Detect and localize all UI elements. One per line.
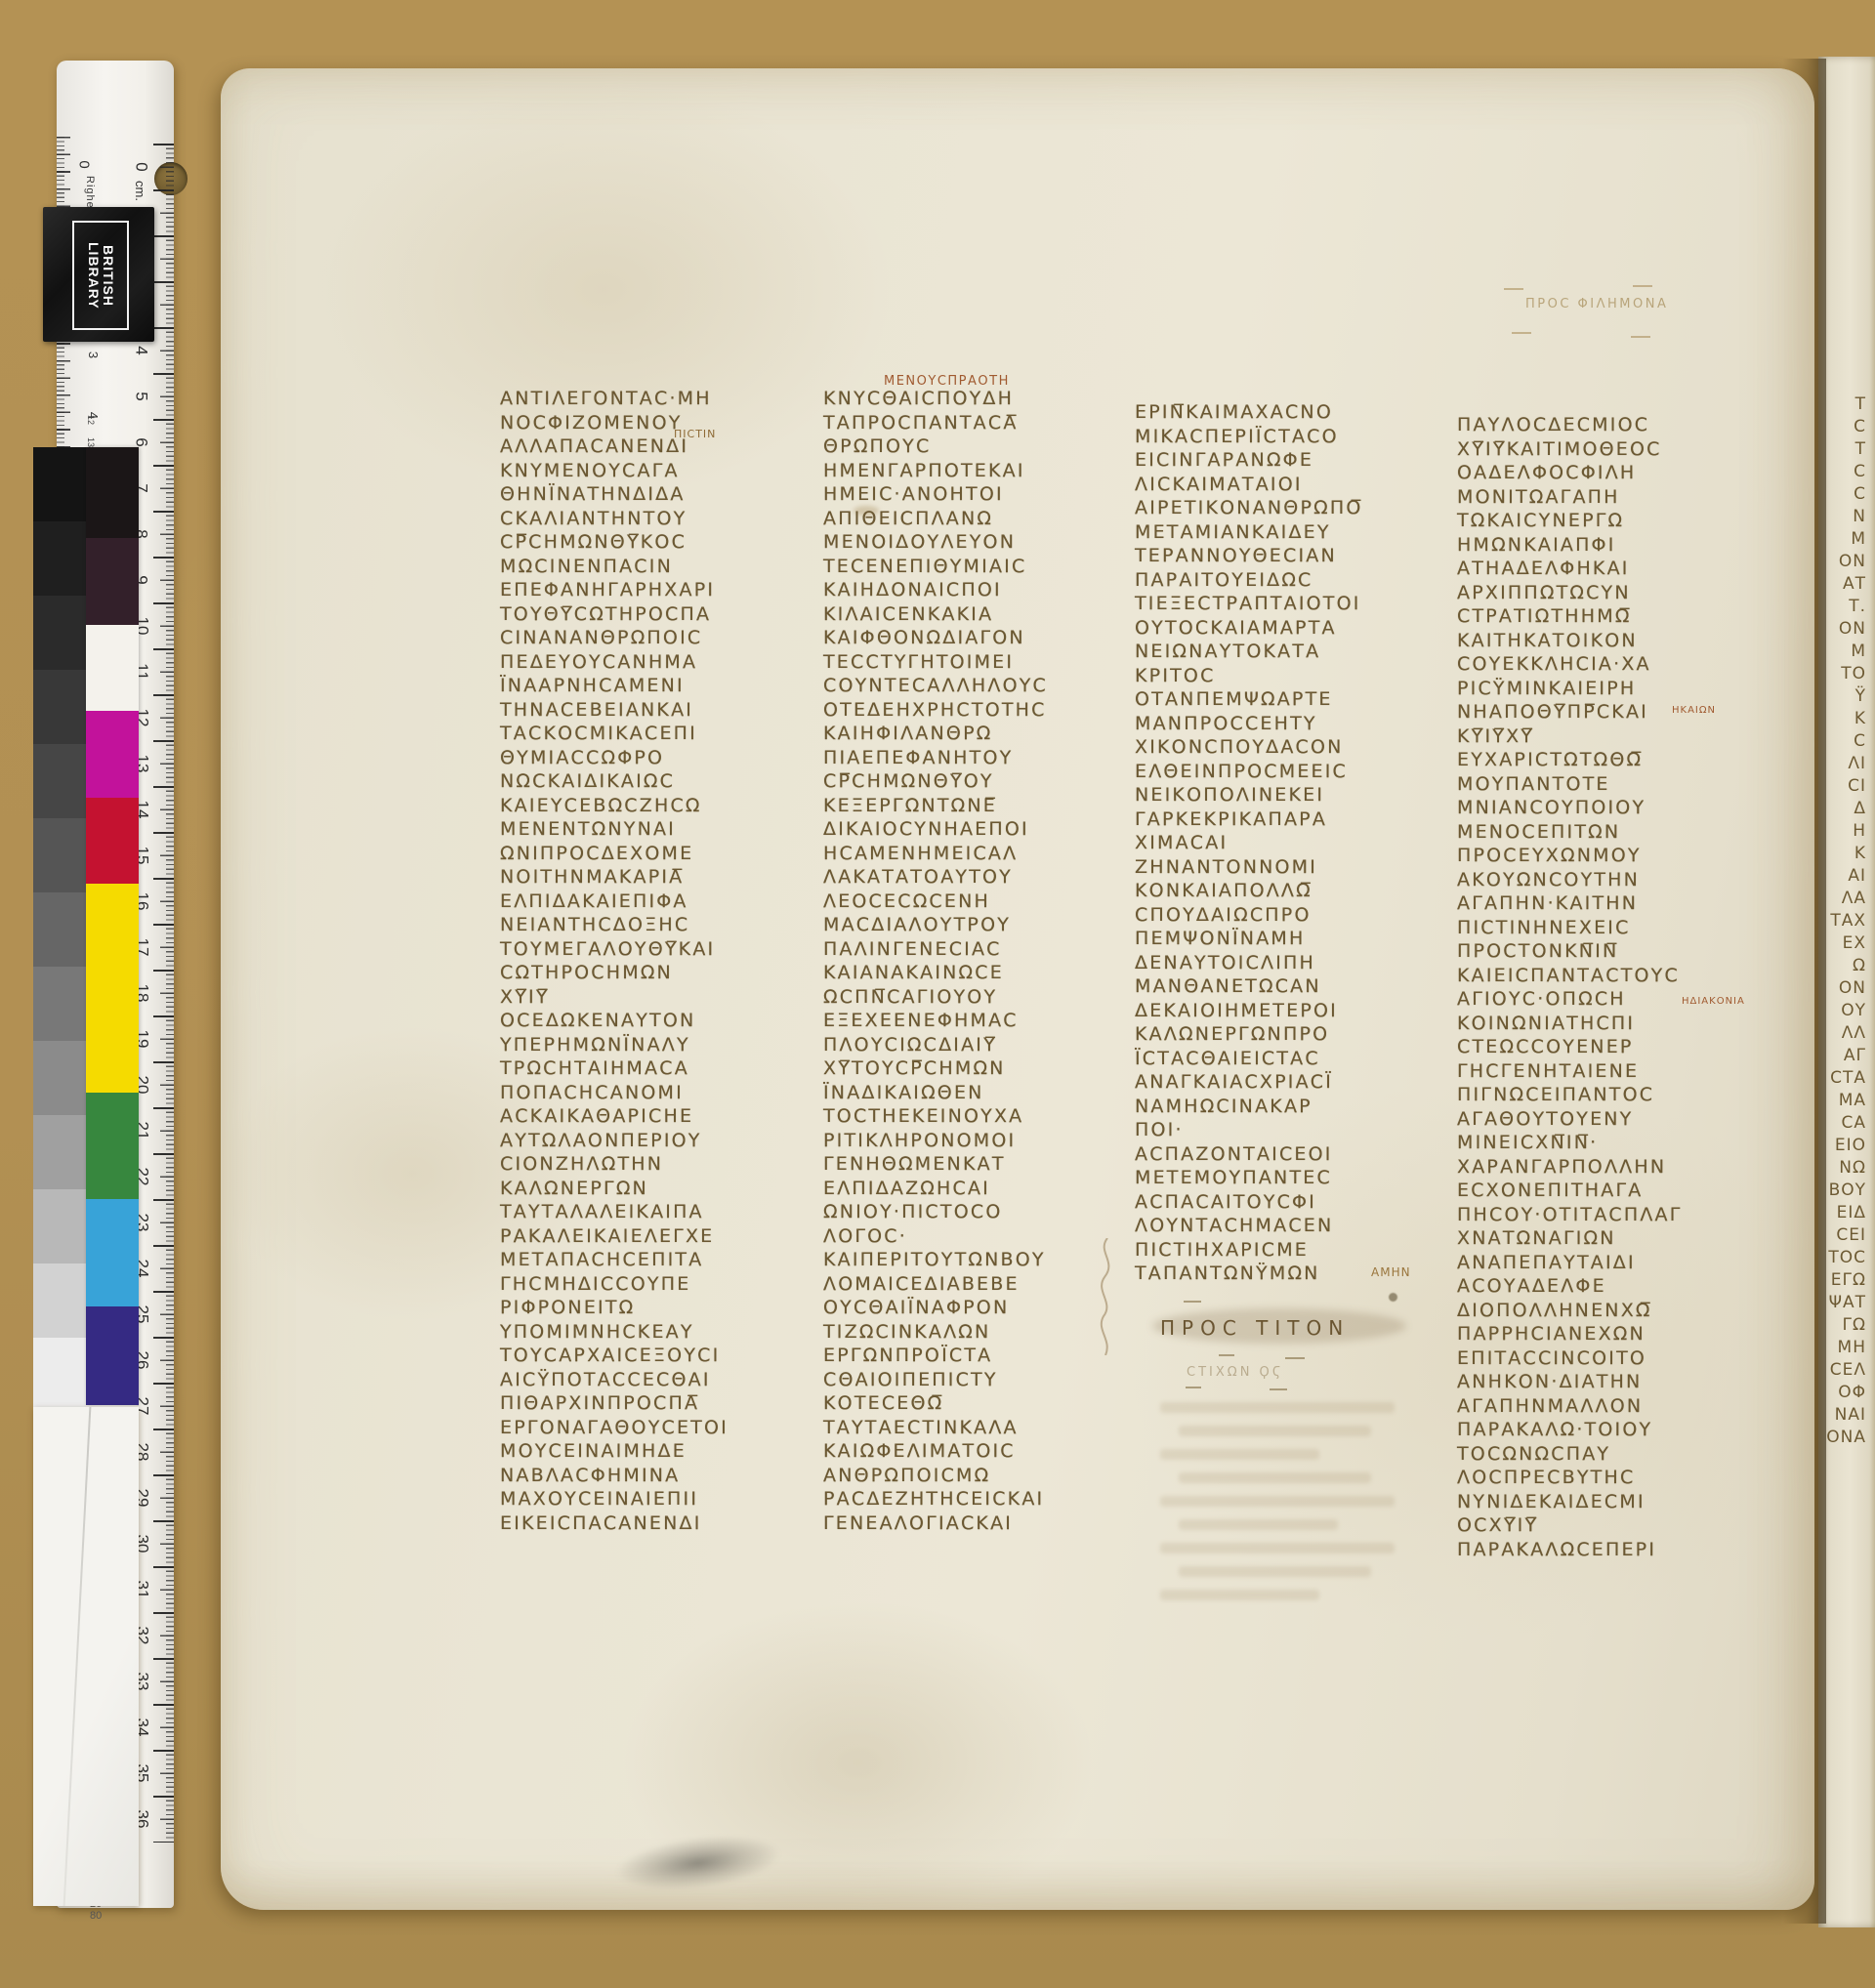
titus-subscription: ΠΡΟϹ ΤΙΤΟΝ — [1160, 1316, 1404, 1340]
manuscript-line: ΠΑΡΑΚΑΛΩ·ΤΟΙΟΥ — [1457, 1419, 1683, 1443]
manuscript-line: ΧΑΡΑΝΓΑΡΠΟΛΛΗΝ — [1457, 1156, 1683, 1180]
facing-page-line: ΤΑΧ — [1812, 911, 1871, 933]
manuscript-line: ΜΑΝΘΑΝΕΤΩϹΑΝ — [1135, 975, 1363, 1000]
manuscript-line: ΕΙϹΙΝΓΑΡΑΝΩΦΕ — [1135, 449, 1363, 474]
facing-page-line: Δ — [1812, 799, 1871, 821]
manuscript-line: ΜΑΝΠΡΟϹϹΕΗΤΥ — [1135, 713, 1363, 737]
facing-page-line: ΟΦ — [1812, 1383, 1871, 1405]
gray-step — [33, 670, 86, 744]
manuscript-line: ΠΕΔΕΥΟΥϹΑΝΗΜΑ — [500, 651, 729, 676]
manuscript-line: ΟΥΤΟϹΚΑΙΑΜΑΡΤΑ — [1135, 617, 1363, 642]
manuscript-line: ΧΥ̅ΤΟΥϹΡ̅ϹΗΜΩΝ — [823, 1057, 1048, 1082]
manuscript-line: ΕϹΧΟΝΕΠΙΤΗΑΓΑ — [1457, 1180, 1683, 1204]
manuscript-line: ΜΟΥϹΕΙΝΑΙΜΗΔΕ — [500, 1440, 729, 1465]
manuscript-line: ΚΥ̅ΙΥ̅ΧΥ̅ — [1457, 725, 1683, 750]
manuscript-line: ΤΕϹϹΤΥΓΗΤΟΙΜΕΙ — [823, 651, 1048, 676]
manuscript-line: ΠΙΑΕΠΕΦΑΝΗΤΟΥ — [823, 747, 1048, 771]
manuscript-line: ΠΡΟϹΕΥΧΩΝΜΟΥ — [1457, 845, 1683, 869]
manuscript-line: ΤΑΥΤΑΕϹΤΙΝΚΑΛΑ — [823, 1417, 1048, 1441]
manuscript-line: ΚΑΙΦΘΟΝΩΔΙΑΓΟΝ — [823, 627, 1048, 651]
color-patch — [86, 798, 139, 884]
manuscript-line: ΤΟϹΩΝΩϹΠΑΥ — [1457, 1443, 1683, 1468]
manuscript-line: ΘΗΝΪΝΑΤΗΝΔΙΔΑ — [500, 483, 729, 508]
manuscript-line: ΑϹΠΑΖΟΝΤΑΙϹΕΟΙ — [1135, 1143, 1363, 1168]
manuscript-line: ΜΕΝΕΝΤΩΝΥΝΑΙ — [500, 818, 729, 843]
manuscript-line: ΚΕΞΕΡΓΩΝΤΩΝΕ̅ — [823, 795, 1048, 819]
text-column-4: ΠΑΥΛΟϹΔΕϹΜΙΟϹΧΥ̅ΙΥ̅ΚΑΙΤΙΜΟΘΕΟϹΟΑΔΕΛΦΟϹΦΙ… — [1457, 414, 1683, 1562]
manuscript-line: ΕΛΠΙΔΑΚΑΙΕΠΙΦΑ — [500, 890, 729, 915]
manuscript-line: ΔΕΚΑΙΟΙΗΜΕΤΕΡΟΙ — [1135, 1000, 1363, 1024]
color-patch — [86, 1093, 139, 1199]
manuscript-line: ΤΑΠΑΝΤΩΝΫΜΩΝ — [1135, 1263, 1363, 1287]
facing-page-line: ϹΕΛ — [1812, 1360, 1871, 1383]
color-patch — [86, 711, 139, 798]
color-patch — [86, 625, 139, 711]
subscription-dash — [1270, 1388, 1287, 1390]
facing-page-line: ΑΤ — [1812, 574, 1871, 597]
facing-page-line: ΛΙ — [1812, 754, 1871, 776]
text-column-2: ΚΝΥϹΘΑΙϹΠΟΥΔΗΤΑΠΡΟϹΠΑΝΤΑϹΑ̅ΘΡΩΠΟΥϹΗΜΕΝΓΑ… — [823, 388, 1048, 1536]
amen-addition: ΑΜΗΝ — [1371, 1265, 1411, 1279]
small-number: 12 — [86, 408, 100, 431]
color-patch — [86, 884, 139, 1093]
manuscript-line: ΗΜΩΝΚΑΙΑΠΦΙ — [1457, 534, 1683, 559]
manuscript-line: ΕΡΓΟΝΑΓΑΘΟΥϹΕΤΟΙ — [500, 1417, 729, 1441]
manuscript-line: ΠΑΥΛΟϹΔΕϹΜΙΟϹ — [1457, 414, 1683, 438]
facing-page-line: Μ — [1812, 529, 1871, 552]
facing-page-line: Ϲ — [1812, 484, 1871, 507]
manuscript-line: ΔΙΟΠΟΛΛΗΝΕΝΧΩ̅ — [1457, 1300, 1683, 1324]
title-dash — [1633, 285, 1652, 287]
running-title: ΠΡΟϹ ΦΙΛΗΜΟΝΑ — [1525, 297, 1668, 311]
manuscript-line: ΘΥΜΙΑϹϹΩΦΡΟ — [500, 747, 729, 771]
facing-page-line: ΟΝ — [1812, 552, 1871, 574]
facing-page-line: Τ — [1812, 394, 1871, 417]
corrector-note-pistin: ΠΙϹΤΙΝ — [674, 428, 716, 440]
manuscript-line: ΤΩΚΑΙϹΥΝΕΡΓΩ — [1457, 510, 1683, 534]
manuscript-line: ΑΝΘΡΩΠΟΙϹΜΩ — [823, 1465, 1048, 1489]
manuscript-line: ΑΚΟΥΩΝϹΟΥΤΗΝ — [1457, 869, 1683, 893]
facing-page-line: ΑΓ — [1812, 1046, 1871, 1068]
manuscript-line: ΜΟΥΠΑΝΤΟΤΕ — [1457, 773, 1683, 798]
manuscript-line: ΤΡΩϹΗΤΑΙΗΜΑϹΑ — [500, 1057, 729, 1082]
manuscript-line: ΤΟΥϹΑΡΧΑΙϹΕΞΟΥϹΙ — [500, 1345, 729, 1369]
manuscript-line: ΑΝΤΙΛΕΓΟΝΤΑϹ·ΜΗ — [500, 388, 729, 412]
title-dash — [1512, 332, 1531, 334]
subscription-dash — [1186, 1387, 1201, 1388]
color-patch — [86, 1199, 139, 1306]
manuscript-line: ΟΑΔΕΛΦΟϹΦΙΛΗ — [1457, 462, 1683, 486]
manuscript-line: ΑΡΧΙΠΠΩΤΩϹΥΝ — [1457, 582, 1683, 606]
parchment-speck — [1389, 1293, 1397, 1302]
manuscript-line: ΝΕΙΚΟΠΟΛΙΝΕΚΕΙ — [1135, 784, 1363, 808]
manuscript-line: ΡΑϹΔΕΖΗΤΗϹΕΙϹΚΑΙ — [823, 1488, 1048, 1512]
facing-page-line: Ν — [1812, 507, 1871, 529]
facing-page-line: ΕΙΔ — [1812, 1203, 1871, 1225]
subscription-dash — [1219, 1354, 1234, 1356]
color-calibration-card — [33, 447, 139, 1906]
manuscript-line: ΧΥ̅ΙΥ̅ΚΑΙΤΙΜΟΘΕΟϹ — [1457, 438, 1683, 463]
manuscript-line: ΝΑΒΛΑϹΦΗΜΙΝΑ — [500, 1465, 729, 1489]
manuscript-line: ΡΙΦΡΟΝΕΙΤΩ — [500, 1297, 729, 1321]
facing-page-line: ΟΝΑ — [1812, 1428, 1871, 1450]
manuscript-line: ϹΩΤΗΡΟϹΗΜΩΝ — [500, 962, 729, 986]
manuscript-line: ΚΑΙΕΙϹΠΑΝΤΑϹΤΟΥϹ — [1457, 965, 1683, 989]
manuscript-line: ΩΝΙΟΥ·ΠΙϹΤΟϹΟ — [823, 1201, 1048, 1225]
manuscript-line: ΝΩϹΚΑΙΔΙΚΑΙΩϹ — [500, 770, 729, 795]
manuscript-line: ΚΑΙΑΝΑΚΑΙΝΩϹΕ — [823, 962, 1048, 986]
manuscript-line: ΤΟϹΤΗΕΚΕΙΝΟΥΧΑ — [823, 1105, 1048, 1130]
manuscript-line: ΑΥΤΩΛΑΟΝΠΕΡΙΟΥ — [500, 1130, 729, 1154]
manuscript-line: ΚΟΙΝΩΝΙΑΤΗϹΠΙ — [1457, 1013, 1683, 1037]
corrector-note-philemon-a: ΗΚΑΙΩΝ — [1672, 705, 1716, 716]
facing-page-partial-text: ΤϹΤϹϹΝΜΟΝΑΤΤ.ΟΝΜΤΟΫΚϹΛΙϹΙΔΗΚΑΙΛΑΤΑΧΕΧΩΟΝ… — [1812, 394, 1871, 1450]
manuscript-line: ΝΕΙΑΝΤΗϹΔΟΞΗϹ — [500, 914, 729, 938]
manuscript-line: ΠΑΛΙΝΓΕΝΕϹΙΑϹ — [823, 938, 1048, 963]
manuscript-line: ΤΑϹΚΟϹΜΙΚΑϹΕΠΙ — [500, 723, 729, 747]
manuscript-line: ΚΟΤΕϹΕΘΩ̅ — [823, 1392, 1048, 1417]
gray-step — [33, 1263, 86, 1338]
grayscale-strip — [33, 447, 86, 1412]
manuscript-line: ΛΑΚΑΤΑΤΟΑΥΤΟΥ — [823, 866, 1048, 890]
manuscript-line: ΤΕϹΕΝΕΠΙΘΥΜΙΑΙϹ — [823, 556, 1048, 580]
manuscript-line: ΑΤΗΑΔΕΛΦΗΚΑΙ — [1457, 558, 1683, 582]
manuscript-line: ΚΝΥΜΕΝΟΥϹΑΓΑ — [500, 460, 729, 484]
facing-page-line: Τ. — [1812, 597, 1871, 619]
manuscript-line: ΓΗϹΜΗΔΙϹϹΟΥΠΕ — [500, 1273, 729, 1298]
white-backing-card — [33, 1407, 139, 1906]
manuscript-line: ΑΙϹΫΠΟΤΑϹϹΕϹΘΑΙ — [500, 1369, 729, 1393]
cm-number: 0 — [131, 144, 152, 189]
color-patch — [86, 447, 139, 538]
manuscript-line: ΚΙΛΑΙϹΕΝΚΑΚΙΑ — [823, 603, 1048, 628]
gray-step — [33, 1115, 86, 1189]
manuscript-line: ΚΑΛΩΝΕΡΓΩΝΠΡΟ — [1135, 1023, 1363, 1048]
subscription-dash — [1184, 1301, 1201, 1303]
manuscript-line: ΪΝΑΔΙΚΑΙΩΘΕΝ — [823, 1082, 1048, 1106]
manuscript-line: ΠΑΡΑΚΑΛΩϹΕΠΕΡΙ — [1457, 1539, 1683, 1563]
facing-page-line: ΤΟ — [1812, 664, 1871, 686]
ghost-text-offset — [1160, 1402, 1395, 1613]
manuscript-line: ϹΡ̅ϹΗΜΩΝΘΥ̅ΚΟϹ — [500, 531, 729, 556]
manuscript-line: ΧΥ̅ΙΥ̅ — [500, 986, 729, 1011]
manuscript-line: ϹΡ̅ϹΗΜΩΝΘΥ̅ΟΥ — [823, 770, 1048, 795]
manuscript-line: ΓΗϹΓΕΝΗΤΑΙΕΝΕ — [1457, 1060, 1683, 1085]
manuscript-line: ϹΟΥΝΤΕϹΑΛΛΗΛΟΥϹ — [823, 675, 1048, 699]
manuscript-line: ΝΑΜΗΩϹΙΝΑΚΑΡ — [1135, 1096, 1363, 1120]
manuscript-line: ΕΞΕΧΕΕΝΕΦΗΜΑϹ — [823, 1010, 1048, 1034]
manuscript-line: ΡΙϹΫΜΙΝΚΑΙΕΙΡΗ — [1457, 678, 1683, 702]
gray-step — [33, 521, 86, 596]
manuscript-line: ΧΝΑΤΩΝΑΓΙΩΝ — [1457, 1227, 1683, 1252]
manuscript-line: ΕΛΘΕΙΝΠΡΟϹΜΕΕΙϹ — [1135, 761, 1363, 785]
facing-page-line: ΝΑΙ — [1812, 1405, 1871, 1428]
manuscript-line: ΚΟΝΚΑΙΑΠΟΛΛΩ̅ — [1135, 880, 1363, 904]
manuscript-line: ΟΤΑΝΠΕΜΨΩΑΡΤΕ — [1135, 688, 1363, 713]
ruler-cm-ticks — [150, 144, 174, 1843]
manuscript-line: ΘΡΩΠΟΥϹ — [823, 435, 1048, 460]
facing-page-line: Ϲ — [1812, 462, 1871, 484]
manuscript-line: ϹΤΕΩϹϹΟΥΕΝΕΡ — [1457, 1036, 1683, 1060]
manuscript-line: ΑϹΠΑϹΑΙΤΟΥϹΦΙ — [1135, 1191, 1363, 1216]
manuscript-line: ΜΟΝΙΤΩΑΓΑΠΗ — [1457, 486, 1683, 511]
manuscript-line: ΠΑΡΡΗϹΙΑΝΕΧΩΝ — [1457, 1323, 1683, 1347]
stichoi-count: ϹΤΙΧΩΝ ϘϚ — [1187, 1365, 1283, 1380]
manuscript-line: ΤΑΠΡΟϹΠΑΝΤΑϹΑ̅ — [823, 412, 1048, 436]
manuscript-line: ΜΝΙΑΝϹΟΥΠΟΙΟΥ — [1457, 797, 1683, 821]
manuscript-line: ΟΥϹΘΑΙΪΝΑΦΡΟΝ — [823, 1297, 1048, 1321]
manuscript-line: ΠΙΓΝΩϹΕΙΠΑΝΤΟϹ — [1457, 1084, 1683, 1108]
subscription-dash — [1285, 1357, 1305, 1359]
title-dash — [1631, 336, 1650, 338]
facing-page-line: Κ — [1812, 709, 1871, 731]
facing-page-line: ΟΝ — [1812, 978, 1871, 1001]
manuscript-line: ΑΝΗΚΟΝ·ΔΙΑΤΗΝ — [1457, 1371, 1683, 1395]
manuscript-line: ΛΟϹΠΡΕϹΒΥΤΗϹ — [1457, 1467, 1683, 1491]
manuscript-line: ΖΗΝΑΝΤΟΝΝΟΜΙ — [1135, 856, 1363, 881]
manuscript-line: ΚΑΙΤΗΚΑΤΟΙΚΟΝ — [1457, 630, 1683, 654]
manuscript-line: ΜΕΤΑΠΑϹΗϹΕΠΙΤΑ — [500, 1249, 729, 1273]
manuscript-line: ΛΙϹΚΑΙΜΑΤΑΙΟΙ — [1135, 474, 1363, 498]
manuscript-line: ΕΥΧΑΡΙϹΤΩΤΩΘΩ̅ — [1457, 749, 1683, 773]
manuscript-line: ΜΕΝΟϹΕΠΙΤΩΝ — [1457, 821, 1683, 846]
manuscript-line: ΜΑΧΟΥϹΕΙΝΑΙΕΠΙΙ — [500, 1488, 729, 1512]
manuscript-line: ΩϹΠΝ̅ϹΑΓΙΟΥΟΥ — [823, 986, 1048, 1011]
gray-step — [33, 967, 86, 1041]
manuscript-line: ϹΤΡΑΤΙΩΤΗΗΜΩ̅ — [1457, 605, 1683, 630]
manuscript-line: ΝΟΙΤΗΝΜΑΚΑΡΙΑ̅ — [500, 866, 729, 890]
facing-page-line: ΜΑ — [1812, 1091, 1871, 1113]
cm-number: 5 — [131, 373, 152, 419]
manuscript-line: ΠΛΟΥϹΙΩϹΔΙΑΙΥ̅ — [823, 1034, 1048, 1058]
british-library-label-text: BRITISH LIBRARY — [86, 223, 115, 328]
manuscript-line: ΤΕΡΑΝΝΟΥΘΕϹΙΑΝ — [1135, 545, 1363, 569]
manuscript-line: ΑϹΚΑΙΚΑΘΑΡΙϹΗΕ — [500, 1105, 729, 1130]
manuscript-line: ΑΓΑΘΟΥΤΟΥΕΝΥ — [1457, 1108, 1683, 1133]
manuscript-line: ΚΑΙΩΦΕΛΙΜΑΤΟΙϹ — [823, 1440, 1048, 1465]
facing-page-line: Ϲ — [1812, 731, 1871, 754]
manuscript-line: ΚΑΙΕΥϹΕΒΩϹΖΗϹΩ — [500, 795, 729, 819]
color-patch — [86, 1306, 139, 1405]
manuscript-line: ΑϹΟΥΑΔΕΛΦΕ — [1457, 1275, 1683, 1300]
facing-page-line: Η — [1812, 821, 1871, 844]
manuscript-line: ΤΗΝΑϹΕΒΕΙΑΝΚΑΙ — [500, 699, 729, 724]
facing-page-line: ΕΓΩ — [1812, 1270, 1871, 1293]
manuscript-line: ϹΠΟΥΔΑΙΩϹΠΡΟ — [1135, 904, 1363, 929]
manuscript-line: ΗΜΕΝΓΑΡΠΟΤΕΚΑΙ — [823, 460, 1048, 484]
manuscript-line: ΤΙΕΞΕϹΤΡΑΠΤΑΙΟΤΟΙ — [1135, 593, 1363, 617]
ruler-left-zero: 0 — [76, 160, 93, 168]
manuscript-line: ΡΙΤΙΚΛΗΡΟΝΟΜΟΙ — [823, 1130, 1048, 1154]
facing-page-line: ΤΟϹ — [1812, 1248, 1871, 1270]
manuscript-line: ΡΑΚΑΛΕΙΚΑΙΕΛΕΓΧΕ — [500, 1225, 729, 1250]
gray-step — [33, 596, 86, 670]
manuscript-line: ΠΑΡΑΙΤΟΥΕΙΔΩϹ — [1135, 569, 1363, 594]
manuscript-line: ΜΕΤΕΜΟΥΠΑΝΤΕϹ — [1135, 1167, 1363, 1191]
title-dash — [1504, 288, 1523, 290]
manuscript-line: ΚΑΛΩΝΕΡΓΩΝ — [500, 1178, 729, 1202]
color-patch — [86, 538, 139, 625]
manuscript-line: ΜΙΝΕΙϹΧΝ̅ΙΝ̅· — [1457, 1132, 1683, 1156]
manuscript-line: ΠΡΟϹΤΟΝΚΝ̅ΙΝ̅ — [1457, 940, 1683, 965]
bottom-label-bottom: 80 — [90, 1910, 102, 1922]
manuscript-line: ΔΙΚΑΙΟϹΥΝΗΑΕΠΟΙ — [823, 818, 1048, 843]
manuscript-line: ΤΙΖΩϹΙΝΚΑΛΩΝ — [823, 1321, 1048, 1346]
manuscript-line: ΠΗϹΟΥ·ΟΤΙΤΑϹΠΛΑΓ — [1457, 1204, 1683, 1228]
manuscript-line: ϹΙΝΑΝΑΝΘΡΩΠΟΙϹ — [500, 627, 729, 651]
ink-smudge-stain — [612, 1828, 783, 1898]
manuscript-line: ΝΕΙΩΝΑΥΤΟΚΑΤΑ — [1135, 641, 1363, 665]
photograph-scene: ΤϹΤϹϹΝΜΟΝΑΤΤ.ΟΝΜΤΟΫΚϹΛΙϹΙΔΗΚΑΙΛΑΤΑΧΕΧΩΟΝ… — [0, 0, 1875, 1988]
manuscript-line: ΤΟΥΘΥ̅ϹΩΤΗΡΟϹΠΑ — [500, 603, 729, 628]
manuscript-line: ΔΕΝΑΥΤΟΙϹΛΙΠΗ — [1135, 952, 1363, 976]
facing-page-line: ΕΧ — [1812, 933, 1871, 956]
manuscript-line: ΠΟΙ· — [1135, 1119, 1363, 1143]
manuscript-line: ΜΩϹΙΝΕΝΠΑϹΙΝ — [500, 556, 729, 580]
facing-page-line: ΓΩ — [1812, 1315, 1871, 1338]
manuscript-line: ΟΤΕΔΕΗΧΡΗϹΤΟΤΗϹ — [823, 699, 1048, 724]
corrector-note-philemon-b: ΗΔΙΑΚΟΝΙΑ — [1682, 996, 1745, 1007]
facing-page-line: ΟΥ — [1812, 1001, 1871, 1023]
facing-page-line: Κ — [1812, 844, 1871, 866]
facing-page-line: ΕΙΟ — [1812, 1136, 1871, 1158]
facing-page-line: Ϋ — [1812, 686, 1871, 709]
facing-page-line: ΛΑ — [1812, 889, 1871, 911]
manuscript-line: ΠΕΜΨΟΝΪΝΑΜΗ — [1135, 928, 1363, 952]
gray-step — [33, 1041, 86, 1115]
gray-step — [33, 1189, 86, 1263]
facing-page-line: ϹΤΑ — [1812, 1068, 1871, 1091]
manuscript-line: ΜΑϹΔΙΑΛΟΥΤΡΟΥ — [823, 914, 1048, 938]
manuscript-line: ΑΓΙΟΥϹ·ΟΠΩϹΗ — [1457, 988, 1683, 1013]
facing-page-line: ΛΛ — [1812, 1023, 1871, 1046]
manuscript-line: ΠΟΠΑϹΗϹΑΝΟΜΙ — [500, 1082, 729, 1106]
facing-page-line: ΟΝ — [1812, 619, 1871, 642]
manuscript-line: ΓΑΡΚΕΚΡΙΚΑΠΑΡΑ — [1135, 808, 1363, 833]
manuscript-line: ΑΝΑΓΚΑΙΑϹΧΡΙΑϹΪ — [1135, 1071, 1363, 1096]
facing-page-line: ΜΗ — [1812, 1338, 1871, 1360]
manuscript-line: ΟϹΕΔΩΚΕΝΑΥΤΟΝ — [500, 1010, 729, 1034]
manuscript-line: ΠΙϹΤΙΗΧΑΡΙϹΜΕ — [1135, 1239, 1363, 1263]
manuscript-line: ΧΙΚΟΝϹΠΟΥΔΑϹΟΝ — [1135, 736, 1363, 761]
manuscript-line: ΛΟΥΝΤΑϹΗΜΑϹΕΝ — [1135, 1215, 1363, 1239]
parchment-crease-icon — [1092, 1238, 1121, 1355]
manuscript-line: ΚΑΙΠΕΡΙΤΟΥΤΩΝΒΟΥ — [823, 1249, 1048, 1273]
color-patch-strip — [86, 447, 139, 1405]
text-column-3: ΕΡΙΝ̅ΚΑΙΜΑΧΑϹΝΟΜΙΚΑϹΠΕΡΙΪϹΤΑϹΟΕΙϹΙΝΓΑΡΑΝ… — [1135, 401, 1363, 1287]
rubric-correction-heading: ΜΕΝΟΥϹΠΡΑΟΤΗ — [884, 374, 1010, 389]
manuscript-line: ΓΕΝΗΘΩΜΕΝΚΑΤ — [823, 1153, 1048, 1178]
manuscript-line: ΛΕΟϹΕϹΩϹΕΝΗ — [823, 890, 1048, 915]
manuscript-line: ΕΙΚΕΙϹΠΑϹΑΝΕΝΔΙ — [500, 1512, 729, 1537]
manuscript-line: ΥΠΟΜΙΜΝΗϹΚΕΑΥ — [500, 1321, 729, 1346]
facing-page-line: Ω — [1812, 956, 1871, 978]
facing-page-line: Τ — [1812, 439, 1871, 462]
manuscript-line: ΑΙΡΕΤΙΚΟΝΑΝΘΡΩΠΟ̅ — [1135, 497, 1363, 521]
manuscript-line: ΑΝΑΠΕΠΑΥΤΑΙΔΙ — [1457, 1252, 1683, 1276]
british-library-label: BRITISH LIBRARY — [43, 207, 154, 342]
facing-page-line: ΝΩ — [1812, 1158, 1871, 1180]
manuscript-line: ΛΟΜΑΙϹΕΔΙΑΒΕΒΕ — [823, 1273, 1048, 1298]
gray-step — [33, 892, 86, 967]
facing-page-line: ΒΟΥ — [1812, 1180, 1871, 1203]
manuscript-line: ΗΜΕΙϹ·ΑΝΟΗΤΟΙ — [823, 483, 1048, 508]
manuscript-line: ΪϹΤΑϹΘΑΙΕΙϹΤΑϹ — [1135, 1048, 1363, 1072]
british-library-label-frame: BRITISH LIBRARY — [72, 221, 129, 330]
facing-page-line: ϹΙ — [1812, 776, 1871, 799]
manuscript-line: ΝΗΑΠΟΘΥ̅ΠΡ̅ϹΚΑΙ — [1457, 701, 1683, 725]
manuscript-line: ΑΓΑΠΗΝ·ΚΑΙΤΗΝ — [1457, 892, 1683, 917]
manuscript-line: ΚΑΙΗΦΙΛΑΝΘΡΩ — [823, 723, 1048, 747]
text-column-1: ΑΝΤΙΛΕΓΟΝΤΑϹ·ΜΗΝΟϹΦΙΖΟΜΕΝΟΥΑΛΛΑΠΑϹΑΝΕΝΔΙ… — [500, 388, 729, 1536]
manuscript-line: ΕΠΕΦΑΝΗΓΑΡΗΧΑΡΙ — [500, 579, 729, 603]
manuscript-line: ΠΙϹΤΙΝΗΝΕΧΕΙϹ — [1457, 917, 1683, 941]
manuscript-line: ΜΕΤΑΜΙΑΝΚΑΙΔΕΥ — [1135, 521, 1363, 546]
manuscript-line: ΝΥΝΙΔΕΚΑΙΔΕϹΜΙ — [1457, 1491, 1683, 1515]
manuscript-line: ΥΠΕΡΗΜΩΝΪΝΑΛΥ — [500, 1034, 729, 1058]
manuscript-line: ΑΠΙΘΕΙϹΠΛΑΝΩ — [823, 508, 1048, 532]
gray-step — [33, 447, 86, 521]
manuscript-line: ΚΡΙΤΟϹ — [1135, 665, 1363, 689]
manuscript-line: ΕΛΠΙΔΑΖΩΗϹΑΙ — [823, 1178, 1048, 1202]
manuscript-line: ΕΡΓΩΝΠΡΟΪϹΤΑ — [823, 1345, 1048, 1369]
manuscript-line: ΟϹΧΥ̅ΙΥ̅ — [1457, 1514, 1683, 1539]
manuscript-line: ΑΓΑΠΗΝΜΑΛΛΟΝ — [1457, 1395, 1683, 1420]
manuscript-line: ϹΟΥΕΚΚΛΗϹΙΑ·ΧΑ — [1457, 653, 1683, 678]
facing-page-line: ϹΕΙ — [1812, 1225, 1871, 1248]
manuscript-line: ΕΠΙΤΑϹϹΙΝϹΟΙΤΟ — [1457, 1347, 1683, 1372]
manuscript-line: ΚΑΙΗΔΟΝΑΙϹΠΟΙ — [823, 579, 1048, 603]
facing-page-line: Μ — [1812, 642, 1871, 664]
manuscript-line: ΚΝΥϹΘΑΙϹΠΟΥΔΗ — [823, 388, 1048, 412]
manuscript-line: ϹΙΟΝΖΗΛΩΤΗΝ — [500, 1153, 729, 1178]
manuscript-line: ΧΙΜΑϹΑΙ — [1135, 832, 1363, 856]
facing-page-line: Ϲ — [1812, 417, 1871, 439]
manuscript-line: ΗϹΑΜΕΝΗΜΕΙϹΑΛ — [823, 843, 1048, 867]
manuscript-line: ΕΡΙΝ̅ΚΑΙΜΑΧΑϹΝΟ — [1135, 401, 1363, 426]
manuscript-line: ΤΑΥΤΑΛΑΛΕΙΚΑΙΠΑ — [500, 1201, 729, 1225]
facing-page-line: ΨΑΤ — [1812, 1293, 1871, 1315]
gray-step — [33, 744, 86, 818]
manuscript-line: ΜΕΝΟΙΔΟΥΛΕΥΟΝ — [823, 531, 1048, 556]
manuscript-line: ΪΝΑΑΡΝΗϹΑΜΕΝΙ — [500, 675, 729, 699]
manuscript-line: ϹΘΑΙΟΙΠΕΠΙϹΤΥ — [823, 1369, 1048, 1393]
manuscript-line: ΤΟΥΜΕΓΑΛΟΥΘΥ̅ΚΑΙ — [500, 938, 729, 963]
manuscript-line: ΓΕΝΕΑΛΟΓΙΑϹΚΑΙ — [823, 1512, 1048, 1537]
manuscript-line: ΠΙΘΑΡΧΙΝΠΡΟϹΠΑ̅ — [500, 1392, 729, 1417]
manuscript-line: ϹΚΑΛΙΑΝΤΗΝΤΟΥ — [500, 508, 729, 532]
gray-step — [33, 1338, 86, 1412]
gray-step — [33, 818, 86, 892]
manuscript-line: ΩΝΙΠΡΟϹΔΕΧΟΜΕ — [500, 843, 729, 867]
manuscript-line: ΛΟΓΟϹ· — [823, 1225, 1048, 1250]
facing-page-line: ϹΑ — [1812, 1113, 1871, 1136]
manuscript-line: ΜΙΚΑϹΠΕΡΙΪϹΤΑϹΟ — [1135, 426, 1363, 450]
facing-page-line: ΑΙ — [1812, 866, 1871, 889]
